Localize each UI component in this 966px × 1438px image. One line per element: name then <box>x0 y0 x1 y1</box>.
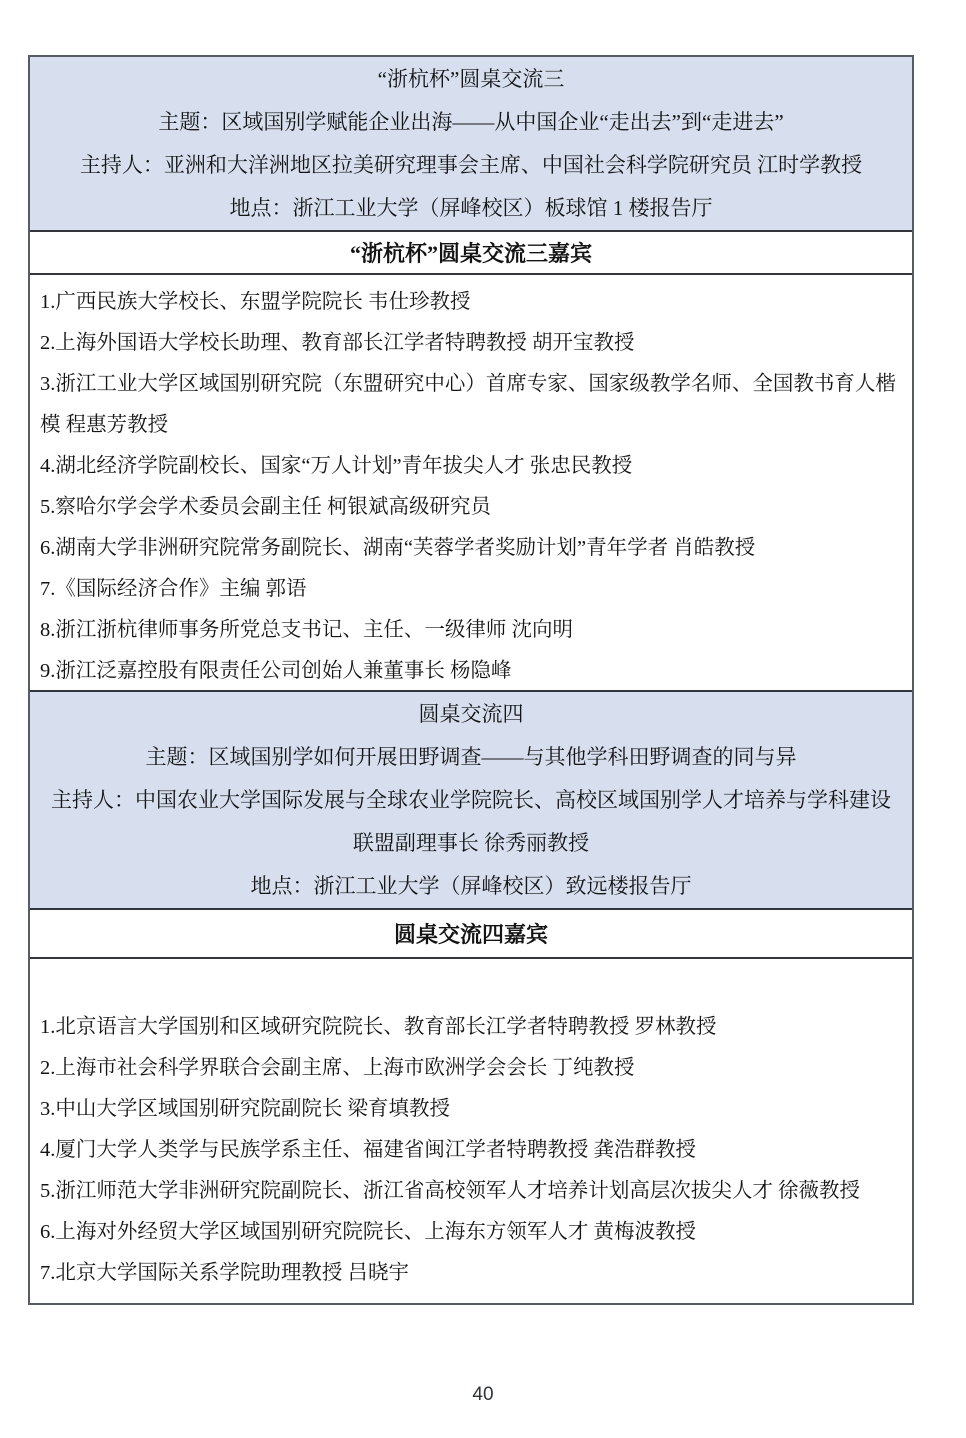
guest-item: 1.广西民族大学校长、东盟学院院长 韦仕珍教授 <box>40 282 904 323</box>
guest-item: 1.北京语言大学国别和区域研究院院长、教育部长江学者特聘教授 罗林教授 <box>40 1007 904 1048</box>
guest-item: 4.厦门大学人类学与民族学系主任、福建省闽江学者特聘教授 龚浩群教授 <box>40 1130 904 1171</box>
program-table: “浙杭杯”圆桌交流三 主题：区域国别学赋能企业出海——从中国企业“走出去”到“走… <box>28 55 914 1305</box>
guest-item: 7.北京大学国际关系学院助理教授 吕晓宇 <box>40 1253 904 1294</box>
guest-item: 7.《国际经济合作》主编 郭语 <box>40 569 904 610</box>
guest-item: 5.浙江师范大学非洲研究院副院长、浙江省高校领军人才培养计划高层次拔尖人才 徐薇… <box>40 1171 904 1212</box>
guest-item: 5.察哈尔学会学术委员会副主任 柯银斌高级研究员 <box>40 487 904 528</box>
session4-guest-list: 1.北京语言大学国别和区域研究院院长、教育部长江学者特聘教授 罗林教授 2.上海… <box>30 959 912 1303</box>
guest-item: 2.上海市社会科学界联合会副主席、上海市欧洲学会会长 丁纯教授 <box>40 1048 904 1089</box>
session3-guest-list: 1.广西民族大学校长、东盟学院院长 韦仕珍教授 2.上海外国语大学校长助理、教育… <box>30 275 912 692</box>
session4-guests-header: 圆桌交流四嘉宾 <box>30 910 912 959</box>
guest-item: 3.浙江工业大学区域国别研究院（东盟研究中心）首席专家、国家级教学名师、全国教书… <box>40 364 904 446</box>
guest-item: 6.上海对外经贸大学区域国别研究院院长、上海东方领军人才 黄梅波教授 <box>40 1212 904 1253</box>
page-number: 40 <box>0 1384 966 1406</box>
session3-info-block: “浙杭杯”圆桌交流三 主题：区域国别学赋能企业出海——从中国企业“走出去”到“走… <box>30 57 912 232</box>
session3-topic: 主题：区域国别学赋能企业出海——从中国企业“走出去”到“走进去” <box>30 101 912 144</box>
session4-host: 主持人：中国农业大学国际发展与全球农业学院院长、高校区域国别学人才培养与学科建设… <box>30 779 912 865</box>
session3-title: “浙杭杯”圆桌交流三 <box>30 58 912 101</box>
session4-venue: 地点：浙江工业大学（屏峰校区）致远楼报告厅 <box>30 865 912 908</box>
session3-venue: 地点：浙江工业大学（屏峰校区）板球馆 1 楼报告厅 <box>30 187 912 230</box>
guest-item: 6.湖南大学非洲研究院常务副院长、湖南“芙蓉学者奖励计划”青年学者 肖皓教授 <box>40 528 904 569</box>
session3-host: 主持人：亚洲和大洋洲地区拉美研究理事会主席、中国社会科学院研究员 江时学教授 <box>30 144 912 187</box>
session4-topic: 主题：区域国别学如何开展田野调查——与其他学科田野调查的同与异 <box>30 736 912 779</box>
session3-guests-header-label: “浙杭杯”圆桌交流三嘉宾 <box>350 237 592 268</box>
guest-item: 8.浙江浙杭律师事务所党总支书记、主任、一级律师 沈向明 <box>40 610 904 651</box>
session4-guests-header-label: 圆桌交流四嘉宾 <box>394 918 548 949</box>
session4-title: 圆桌交流四 <box>30 693 912 736</box>
session4-info-block: 圆桌交流四 主题：区域国别学如何开展田野调查——与其他学科田野调查的同与异 主持… <box>30 692 912 910</box>
session3-guests-header: “浙杭杯”圆桌交流三嘉宾 <box>30 232 912 275</box>
guest-item: 2.上海外国语大学校长助理、教育部长江学者特聘教授 胡开宝教授 <box>40 323 904 364</box>
guest-item: 4.湖北经济学院副校长、国家“万人计划”青年拔尖人才 张忠民教授 <box>40 446 904 487</box>
guest-item: 3.中山大学区域国别研究院副院长 梁育填教授 <box>40 1089 904 1130</box>
guest-item: 9.浙江泛嘉控股有限责任公司创始人兼董事长 杨隐峰 <box>40 651 904 692</box>
